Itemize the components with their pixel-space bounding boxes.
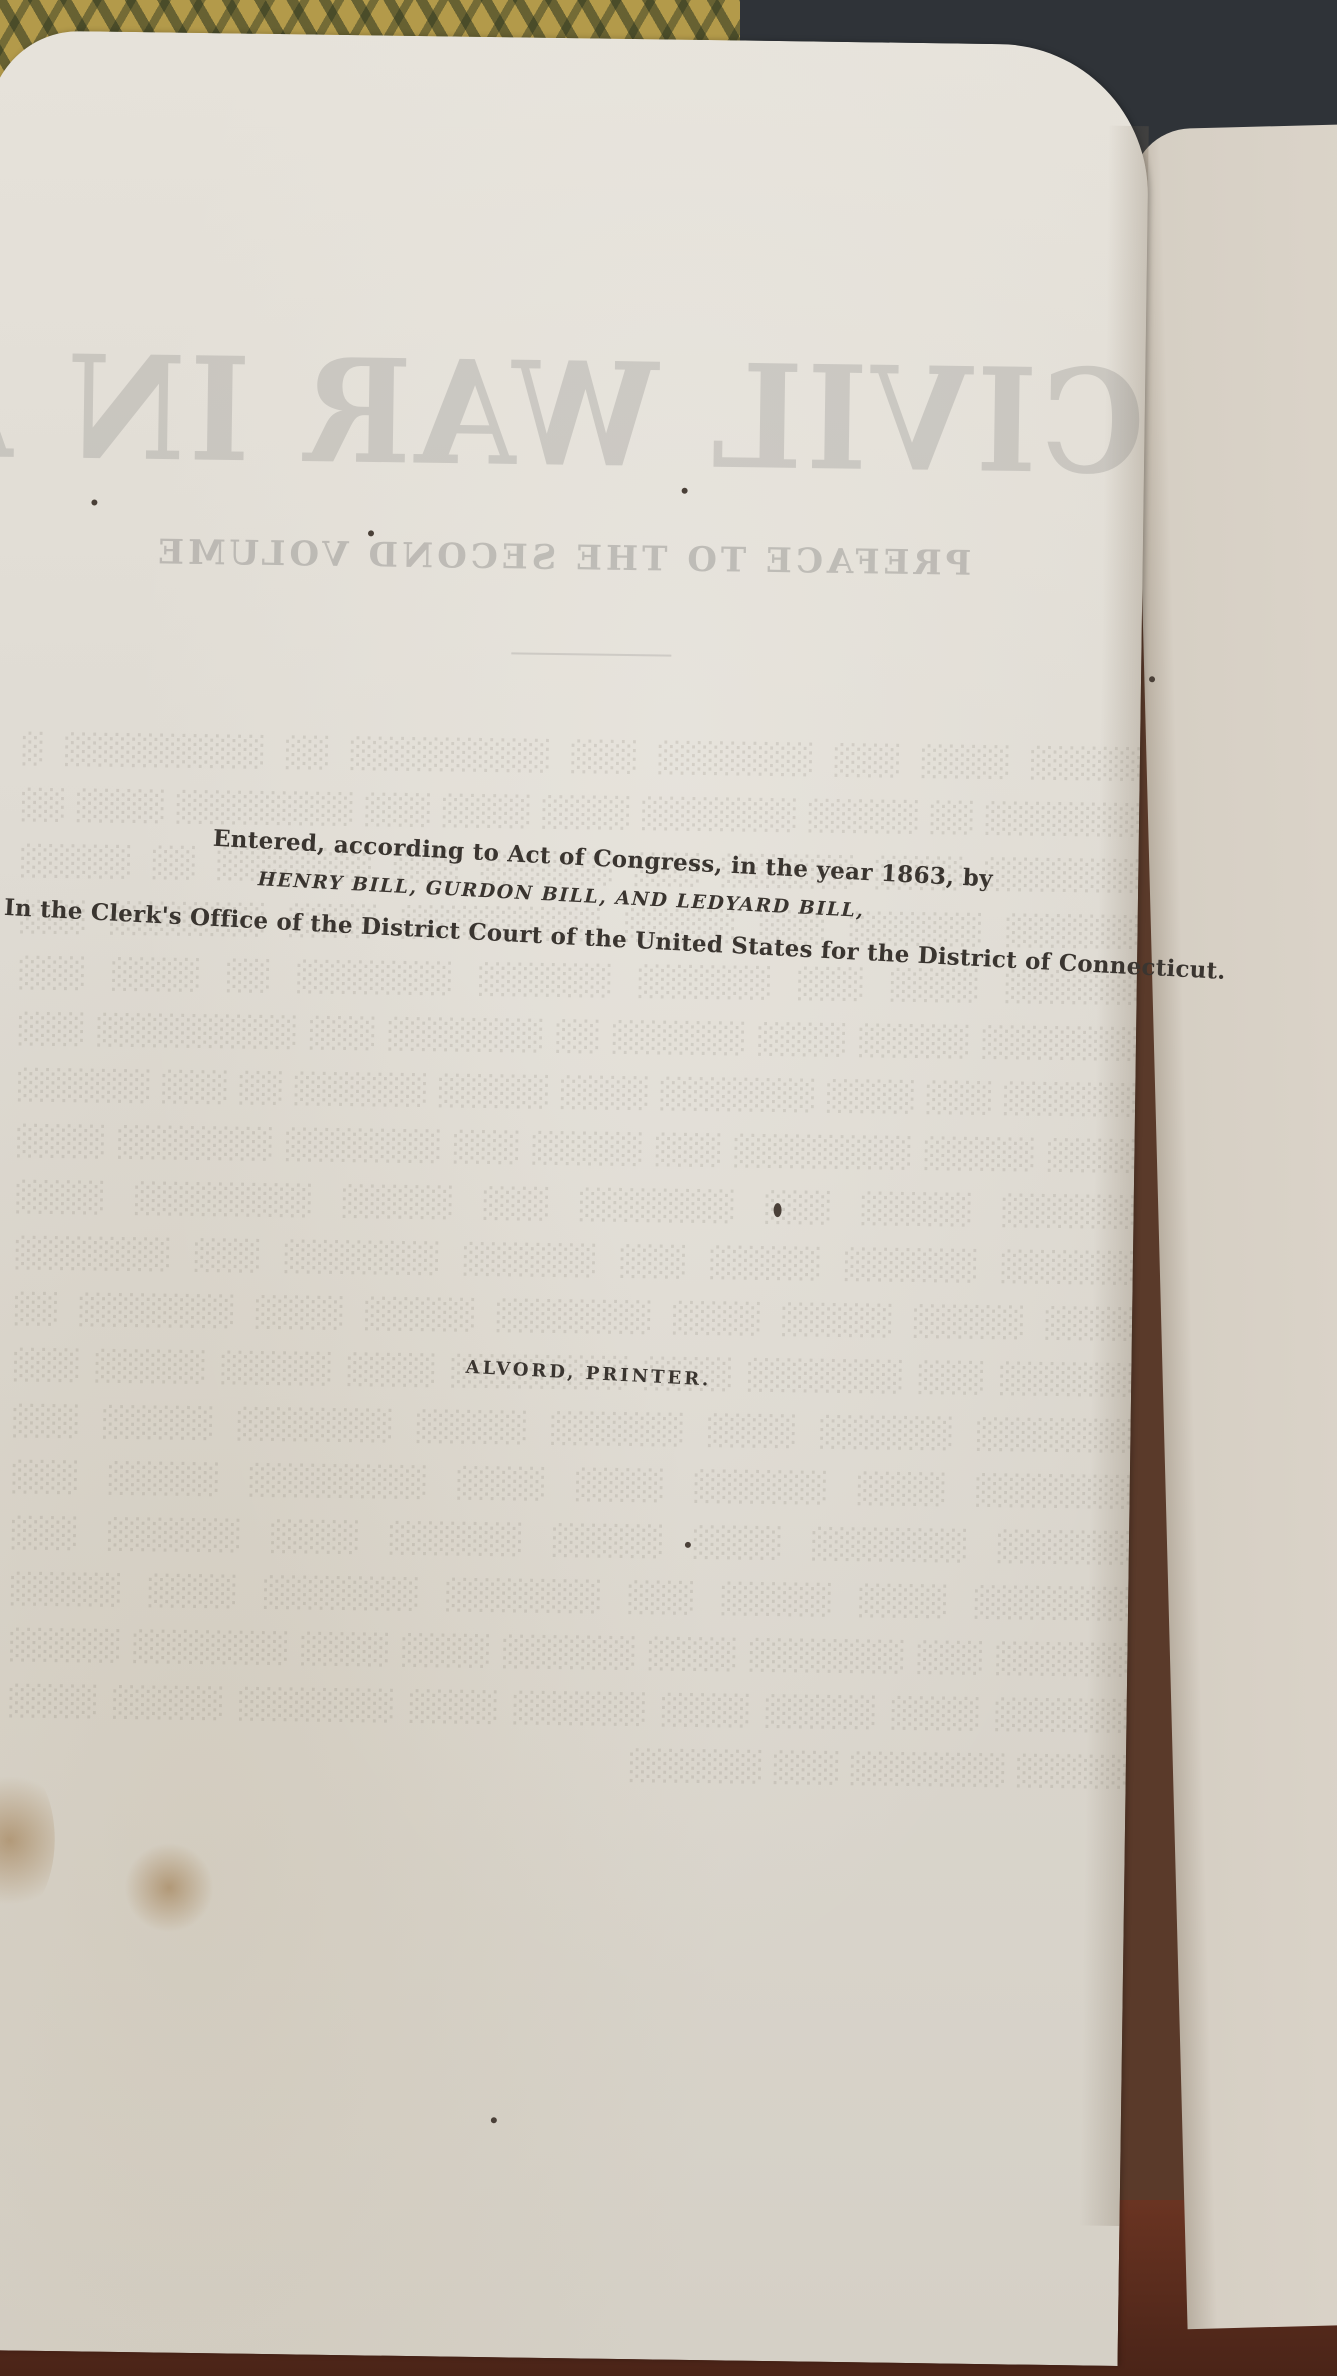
facing-page-edge bbox=[1130, 123, 1337, 2329]
bleed-through-subtitle: PREFACE TO THE SECOND VOLUME bbox=[0, 530, 1143, 586]
photo-scene: CIVIL WAR IN AMERICA PREFACE TO THE SECO… bbox=[0, 0, 1337, 2376]
ink-speck bbox=[685, 1542, 691, 1548]
ink-speck bbox=[1149, 676, 1155, 682]
bleed-through-rule bbox=[511, 652, 671, 656]
ink-speck bbox=[91, 499, 97, 505]
ink-speck bbox=[491, 2117, 497, 2123]
ink-speck bbox=[368, 530, 374, 536]
bleed-through-title: CIVIL WAR IN AMERICA bbox=[0, 322, 1146, 506]
book-page: CIVIL WAR IN AMERICA PREFACE TO THE SECO… bbox=[0, 30, 1150, 2366]
ink-speck bbox=[682, 488, 688, 494]
